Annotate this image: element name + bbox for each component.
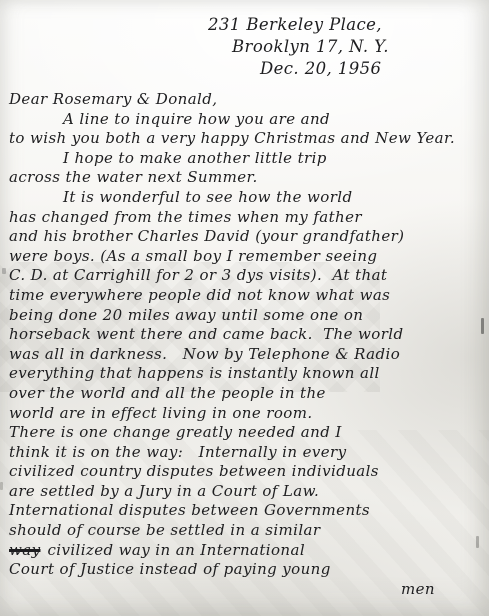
letter-line: were boys. (As a small boy I remember se… — [9, 247, 483, 267]
salutation: Dear Rosemary & Donald, — [9, 90, 483, 110]
letter-page: 231 Berkeley Place, Brooklyn 17, N. Y. D… — [0, 0, 489, 616]
letter-line: civilized country disputes between indiv… — [9, 462, 483, 482]
letter-line: horseback went there and came back. The … — [9, 325, 483, 345]
letter-line: men — [9, 580, 483, 600]
letter-line-text: civilized way in an International — [47, 541, 305, 559]
date-line: Dec. 20, 1956 — [208, 58, 389, 80]
letter-line: International disputes between Governmen… — [9, 501, 483, 521]
paper-speck — [0, 482, 3, 490]
letter-line: I hope to make another little trip — [9, 149, 483, 169]
letter-line: was all in darkness. Now by Telephone & … — [9, 345, 483, 365]
address-line-1: 231 Berkeley Place, — [208, 14, 389, 36]
letter-line: should of course be settled in a similar — [9, 521, 483, 541]
letter-body: Dear Rosemary & Donald, A line to inquir… — [9, 90, 483, 599]
address-line-2: Brooklyn 17, N. Y. — [208, 36, 389, 58]
letter-line: across the water next Summer. — [9, 168, 483, 188]
crossed-out-word: way — [9, 541, 40, 559]
letter-line: world are in effect living in one room. — [9, 404, 483, 424]
letter-line: There is one change greatly needed and I — [9, 423, 483, 443]
letter-line: A line to inquire how you are and — [9, 110, 483, 130]
paper-speck — [2, 268, 6, 274]
letter-line: everything that happens is instantly kno… — [9, 364, 483, 384]
letter-line: It is wonderful to see how the world — [9, 188, 483, 208]
letter-line: think it is on the way: Internally in ev… — [9, 443, 483, 463]
letter-line: are settled by a Jury in a Court of Law. — [9, 482, 483, 502]
letter-line: being done 20 miles away until some one … — [9, 306, 483, 326]
letter-line-with-correction: waycivilized way in an International — [9, 541, 483, 561]
letter-line: to wish you both a very happy Christmas … — [9, 129, 483, 149]
letter-line: time everywhere people did not know what… — [9, 286, 483, 306]
letter-line: has changed from the times when my fathe… — [9, 208, 483, 228]
letter-line: over the world and all the people in the — [9, 384, 483, 404]
letter-line: C. D. at Carrighill for 2 or 3 dys visit… — [9, 266, 483, 286]
letter-heading: 231 Berkeley Place, Brooklyn 17, N. Y. D… — [208, 14, 389, 80]
letter-line: and his brother Charles David (your gran… — [9, 227, 483, 247]
letter-line: Court of Justice instead of paying young — [9, 560, 483, 580]
